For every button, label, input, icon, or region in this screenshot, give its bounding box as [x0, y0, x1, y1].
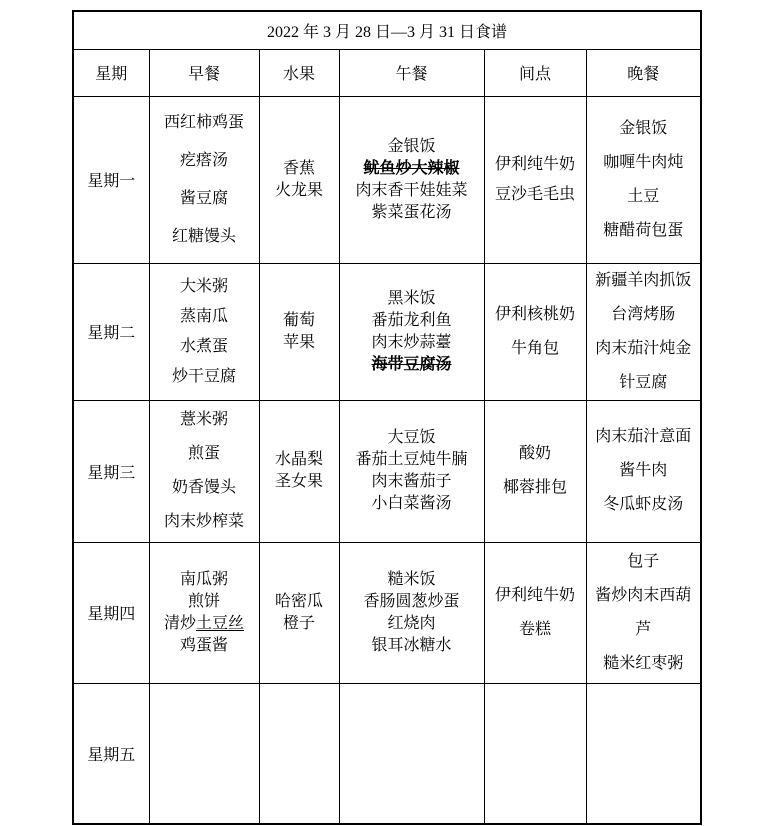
- menu-item: 卷糕: [485, 613, 586, 647]
- menu-item: 伊利核桃奶: [485, 298, 586, 332]
- breakfast-cell: 西红柿鸡蛋 疙瘩汤 酱豆腐 红糖馒头: [149, 96, 259, 263]
- menu-item: 冬瓜虾皮汤: [587, 488, 701, 522]
- menu-item: 西红柿鸡蛋: [150, 104, 259, 142]
- menu-item: 香肠圆葱炒蛋: [340, 591, 484, 613]
- fruit-cell: 香蕉 火龙果: [259, 96, 339, 263]
- menu-item: 酱炒肉末西葫: [587, 579, 701, 613]
- table-row-monday: 星期一 西红柿鸡蛋 疙瘩汤 酱豆腐 红糖馒头 香蕉 火龙果 金银饭 鱿鱼炒大辣椒…: [73, 96, 701, 263]
- menu-item: 清炒土豆丝: [150, 613, 259, 635]
- menu-item: 肉末香干娃娃菜: [340, 180, 484, 202]
- snack-cell: 伊利核桃奶 牛角包: [484, 263, 586, 400]
- menu-item: 香蕉: [260, 158, 339, 180]
- col-header-breakfast: 早餐: [149, 49, 259, 96]
- fruit-cell: 葡萄 苹果: [259, 263, 339, 400]
- menu-item: 肉末酱茄子: [340, 471, 484, 493]
- col-header-snack: 间点: [484, 49, 586, 96]
- snack-cell: 伊利纯牛奶 卷糕: [484, 542, 586, 683]
- menu-item: 大米粥: [150, 272, 259, 302]
- menu-item-text: 清炒: [164, 615, 196, 632]
- menu-item: 银耳冰糖水: [340, 635, 484, 657]
- day-label: 星期三: [73, 400, 149, 542]
- col-header-week: 星期: [73, 49, 149, 96]
- lunch-cell: 金银饭 鱿鱼炒大辣椒 肉末香干娃娃菜 紫菜蛋花汤: [339, 96, 484, 263]
- day-label: 星期五: [73, 683, 149, 824]
- snack-cell: 伊利纯牛奶 豆沙毛毛虫: [484, 96, 586, 263]
- menu-item: 芦: [587, 613, 701, 647]
- menu-item: 酱豆腐: [150, 180, 259, 218]
- table-row-tuesday: 星期二 大米粥 蒸南瓜 水煮蛋 炒干豆腐 葡萄 苹果 黑米饭 番茄龙利鱼 肉末炒…: [73, 263, 701, 400]
- day-label: 星期四: [73, 542, 149, 683]
- menu-item: 葡萄: [260, 310, 339, 332]
- menu-item: 黑米饭: [340, 288, 484, 310]
- menu-item: 牛角包: [485, 332, 586, 366]
- menu-item: 金银饭: [587, 112, 701, 146]
- menu-item-text-underlined: 土豆丝: [196, 615, 244, 632]
- day-label: 星期一: [73, 96, 149, 263]
- table-title: 2022 年 3 月 28 日—3 月 31 日食谱: [73, 11, 701, 49]
- menu-item: 伊利纯牛奶: [485, 150, 586, 180]
- menu-item: 肉末炒蒜薹: [340, 332, 484, 354]
- menu-item: 包子: [587, 545, 701, 579]
- menu-item: 豆沙毛毛虫: [485, 180, 586, 210]
- table-row-wednesday: 星期三 薏米粥 煎蛋 奶香馒头 肉末炒榨菜 水晶梨 圣女果 大豆饭 番茄土豆炖牛…: [73, 400, 701, 542]
- document-page: 2022 年 3 月 28 日—3 月 31 日食谱 星期 早餐 水果 午餐 间…: [0, 0, 773, 826]
- menu-item: 紫菜蛋花汤: [340, 202, 484, 224]
- menu-item: 新疆羊肉抓饭: [587, 264, 701, 298]
- menu-item: 椰蓉排包: [485, 471, 586, 505]
- dinner-cell: 肉末茄汁意面 酱牛肉 冬瓜虾皮汤: [586, 400, 701, 542]
- menu-item: 小白菜酱汤: [340, 493, 484, 515]
- menu-item: 酸奶: [485, 437, 586, 471]
- menu-item: 酱牛肉: [587, 454, 701, 488]
- table-row-friday: 星期五: [73, 683, 701, 824]
- col-header-dinner: 晚餐: [586, 49, 701, 96]
- menu-item: 肉末炒榨菜: [150, 505, 259, 539]
- fruit-cell: 哈密瓜 橙子: [259, 542, 339, 683]
- menu-item: 鸡蛋酱: [150, 635, 259, 657]
- menu-item: 伊利纯牛奶: [485, 579, 586, 613]
- menu-item: 苹果: [260, 332, 339, 354]
- fruit-cell: 水晶梨 圣女果: [259, 400, 339, 542]
- menu-item: 大豆饭: [340, 427, 484, 449]
- lunch-cell: 糙米饭 香肠圆葱炒蛋 红烧肉 银耳冰糖水: [339, 542, 484, 683]
- menu-item: 红烧肉: [340, 613, 484, 635]
- menu-item: 煎饼: [150, 591, 259, 613]
- menu-item: 哈密瓜: [260, 591, 339, 613]
- breakfast-cell: 薏米粥 煎蛋 奶香馒头 肉末炒榨菜: [149, 400, 259, 542]
- title-row: 2022 年 3 月 28 日—3 月 31 日食谱: [73, 11, 701, 49]
- dinner-cell: [586, 683, 701, 824]
- col-header-fruit: 水果: [259, 49, 339, 96]
- col-header-lunch: 午餐: [339, 49, 484, 96]
- menu-item: 肉末茄汁意面: [587, 420, 701, 454]
- lunch-cell: 黑米饭 番茄龙利鱼 肉末炒蒜薹 海带豆腐汤: [339, 263, 484, 400]
- menu-item-struck: 鱿鱼炒大辣椒: [340, 158, 484, 180]
- menu-item: 番茄龙利鱼: [340, 310, 484, 332]
- menu-item: 糙米饭: [340, 569, 484, 591]
- menu-item: 薏米粥: [150, 403, 259, 437]
- menu-item: 蒸南瓜: [150, 302, 259, 332]
- snack-cell: [484, 683, 586, 824]
- menu-item-struck: 海带豆腐汤: [340, 354, 484, 376]
- menu-item: 水晶梨: [260, 449, 339, 471]
- menu-item: 疙瘩汤: [150, 142, 259, 180]
- fruit-cell: [259, 683, 339, 824]
- menu-item: 南瓜粥: [150, 569, 259, 591]
- breakfast-cell: 大米粥 蒸南瓜 水煮蛋 炒干豆腐: [149, 263, 259, 400]
- menu-item: 土豆: [587, 180, 701, 214]
- menu-item: 奶香馒头: [150, 471, 259, 505]
- dinner-cell: 包子 酱炒肉末西葫 芦 糙米红枣粥: [586, 542, 701, 683]
- menu-item: 火龙果: [260, 180, 339, 202]
- lunch-cell: 大豆饭 番茄土豆炖牛腩 肉末酱茄子 小白菜酱汤: [339, 400, 484, 542]
- menu-item: 水煮蛋: [150, 332, 259, 362]
- header-row: 星期 早餐 水果 午餐 间点 晚餐: [73, 49, 701, 96]
- menu-table: 2022 年 3 月 28 日—3 月 31 日食谱 星期 早餐 水果 午餐 间…: [72, 10, 702, 825]
- menu-item: 金银饭: [340, 136, 484, 158]
- lunch-cell: [339, 683, 484, 824]
- menu-item: 糖醋荷包蛋: [587, 214, 701, 248]
- menu-item: 煎蛋: [150, 437, 259, 471]
- menu-item: 肉末茄汁炖金: [587, 332, 701, 366]
- menu-item: 糙米红枣粥: [587, 647, 701, 681]
- menu-item: 咖喱牛肉炖: [587, 146, 701, 180]
- breakfast-cell: 南瓜粥 煎饼 清炒土豆丝 鸡蛋酱: [149, 542, 259, 683]
- menu-item: 番茄土豆炖牛腩: [340, 449, 484, 471]
- dinner-cell: 新疆羊肉抓饭 台湾烤肠 肉末茄汁炖金 针豆腐: [586, 263, 701, 400]
- menu-item: 台湾烤肠: [587, 298, 701, 332]
- dinner-cell: 金银饭 咖喱牛肉炖 土豆 糖醋荷包蛋: [586, 96, 701, 263]
- menu-item: 针豆腐: [587, 366, 701, 400]
- breakfast-cell: [149, 683, 259, 824]
- snack-cell: 酸奶 椰蓉排包: [484, 400, 586, 542]
- table-row-thursday: 星期四 南瓜粥 煎饼 清炒土豆丝 鸡蛋酱 哈密瓜 橙子 糙米饭 香肠圆葱炒蛋 红…: [73, 542, 701, 683]
- menu-item: 橙子: [260, 613, 339, 635]
- menu-item: 红糖馒头: [150, 218, 259, 256]
- menu-item: 圣女果: [260, 471, 339, 493]
- day-label: 星期二: [73, 263, 149, 400]
- menu-item: 炒干豆腐: [150, 362, 259, 392]
